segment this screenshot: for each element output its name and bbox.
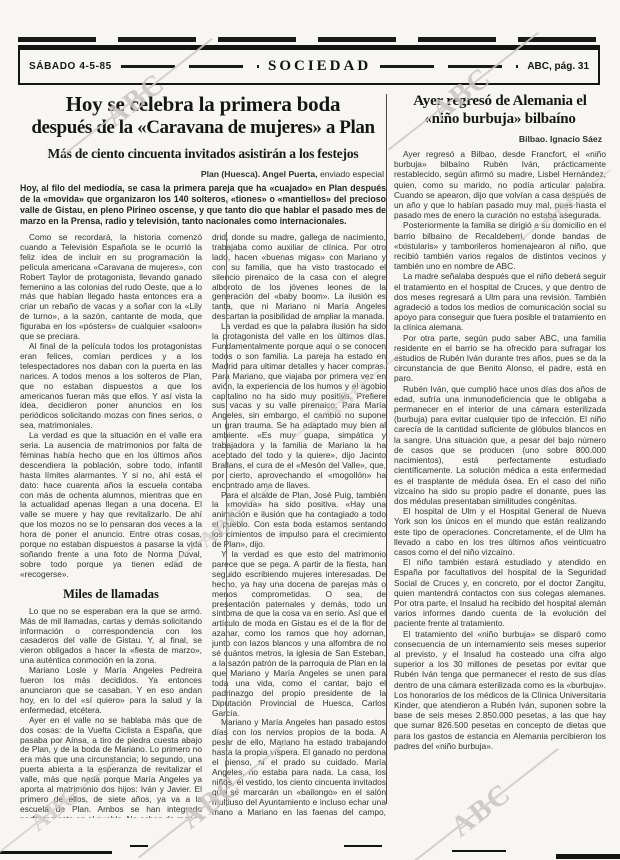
column-divider-inner xyxy=(226,232,227,806)
middle-column: drid, donde su madre, gallega de nacimie… xyxy=(212,233,386,818)
body-paragraph: La verdad es que la situación en el vall… xyxy=(20,431,202,580)
section-header-bar: SÁBADO 4-5-85 SOCIEDAD ABC, pág. 31 xyxy=(18,45,600,85)
main-headline-line2: después de la «Caravana de mujeres» a Pl… xyxy=(20,116,386,139)
body-paragraph: La verdad es que la palabra ilusión ha s… xyxy=(212,322,386,490)
lead-paragraph: Hoy, al filo del mediodía, se casa la pr… xyxy=(20,183,386,227)
right-column: Ayer regresó a Bilbao, desde Francfort, … xyxy=(394,149,606,799)
main-subhead: Más de ciento cincuenta invitados asisti… xyxy=(20,146,386,162)
body-paragraph: El niño también estará estudiado y atend… xyxy=(394,557,606,628)
body-paragraph: Mariano Losle y María Angeles Pedreira f… xyxy=(20,666,202,716)
bottom-rule-dash xyxy=(344,845,382,847)
right-headline-line1: Ayer regresó de Alemania el xyxy=(394,92,606,110)
main-headline-line1: Hoy se celebra la primera boda xyxy=(20,92,386,116)
bottom-rule-left xyxy=(0,851,112,854)
body-paragraph: Ayer regresó a Bilbao, desde Francfort, … xyxy=(394,149,606,220)
body-paragraph: Lo que no se esperaban era la que se arm… xyxy=(20,607,202,666)
header-rule-left xyxy=(121,65,259,68)
section-title: SOCIEDAD xyxy=(268,58,371,75)
byline-role: enviado especial xyxy=(318,169,384,179)
body-paragraph: El tratamiento del «niño burbuja» se dis… xyxy=(394,629,606,751)
page-date: SÁBADO 4-5-85 xyxy=(29,61,112,72)
two-column-body: Como se recordará, la historia comenzó c… xyxy=(20,233,386,818)
column-divider-articles xyxy=(386,94,387,804)
body-paragraph: Para el alcalde de Plan, José Puig, tamb… xyxy=(212,491,386,550)
body-paragraph: Posteriormente la familia se dirigió a s… xyxy=(394,220,606,271)
byline-right-article: Bilbao. Ignacio Sáez xyxy=(394,134,602,144)
byline-left-article: Plan (Huesca). Angel Puerta, enviado esp… xyxy=(20,169,384,179)
body-paragraph: Como se recordará, la historia comenzó c… xyxy=(20,233,202,342)
crosshead-miles-de-llamadas: Miles de llamadas xyxy=(20,587,202,602)
newspaper-page: SÁBADO 4-5-85 SOCIEDAD ABC, pág. 31 Hoy … xyxy=(0,0,620,860)
body-paragraph: drid, donde su madre, gallega de nacimie… xyxy=(212,233,386,322)
article-nino-burbuja: Ayer regresó de Alemania el «niño burbuj… xyxy=(394,92,606,799)
body-paragraph: Rubén Iván, que cumplió hace unos días d… xyxy=(394,384,606,506)
body-paragraph: Mariano y María Angeles han pasado estos… xyxy=(212,718,386,818)
body-paragraph: Al final de la película todos los protag… xyxy=(20,342,202,431)
body-paragraph: Y la verdad es que esto del matrimonio p… xyxy=(212,550,386,718)
top-edge-dashes xyxy=(18,37,602,42)
header-rule-right xyxy=(380,65,518,68)
bottom-rule-dash xyxy=(130,845,148,847)
bottom-rule-corner xyxy=(556,854,620,859)
byline-author: Plan (Huesca). Angel Puerta, xyxy=(201,169,318,179)
body-paragraph: La madre señalaba después que el niño de… xyxy=(394,271,606,332)
body-paragraph: Por otra parte, según pudo saber ABC, un… xyxy=(394,333,606,384)
article-wedding-plan: Hoy se celebra la primera boda después d… xyxy=(20,92,386,818)
bottom-rule-right xyxy=(452,850,506,852)
page-number: ABC, pág. 31 xyxy=(527,61,589,72)
body-paragraph: El hospital de Ulm y el Hospital General… xyxy=(394,506,606,557)
body-paragraph: Ayer en el valle no se hablaba más que d… xyxy=(20,716,202,818)
right-headline-line2: «niño burbuja» bilbaíno xyxy=(394,110,606,128)
left-column: Como se recordará, la historia comenzó c… xyxy=(20,233,202,818)
